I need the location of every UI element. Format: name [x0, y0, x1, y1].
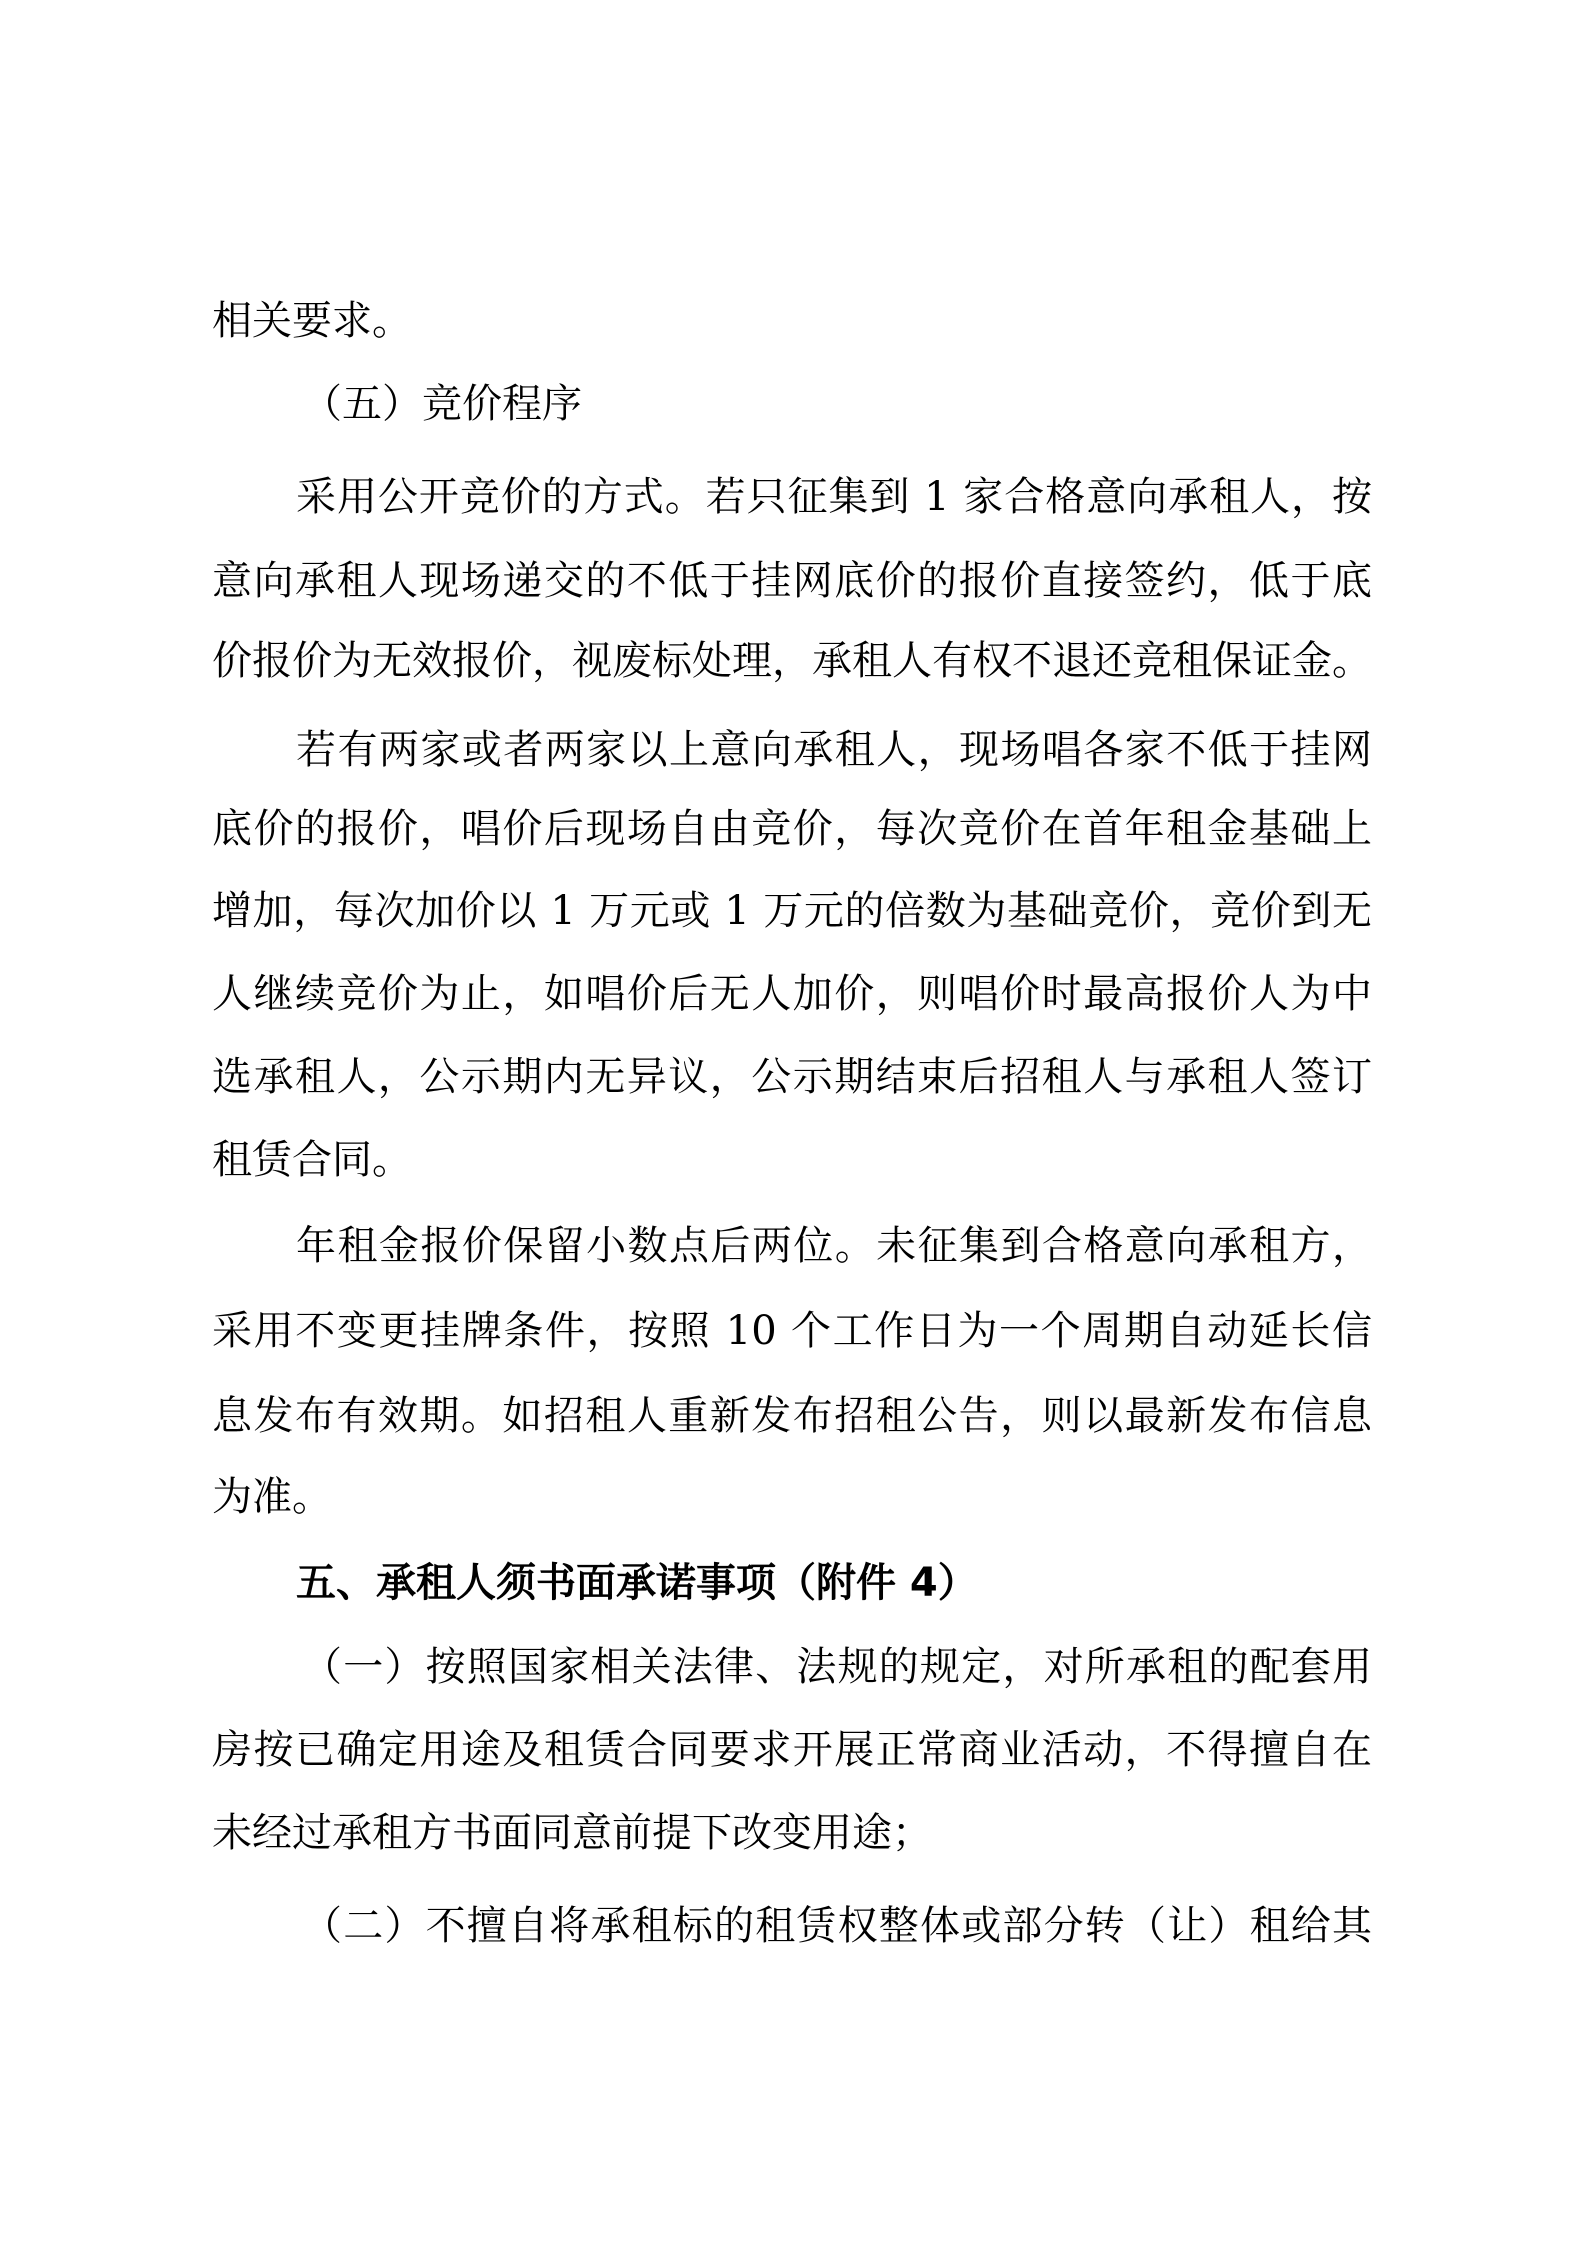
paragraph-line: 房按已确定用途及租赁合同要求开展正常商业活动，不得擅自在 [212, 1725, 1372, 1775]
paragraph-line: 年租金报价保留小数点后两位。未征集到合格意向承租方， [296, 1221, 1372, 1271]
paragraph-line: 价报价为无效报价，视废标处理，承租人有权不退还竞租保证金。 [212, 636, 1372, 686]
paragraph-line: 人继续竞价为止，如唱价后无人加价，则唱价时最高报价人为中 [212, 969, 1372, 1019]
paragraph-line: 增加，每次加价以 1 万元或 1 万元的倍数为基础竞价，竞价到无 [212, 886, 1372, 936]
paragraph-line: 采用不变更挂牌条件，按照 10 个工作日为一个周期自动延长信 [212, 1306, 1372, 1356]
paragraph-line: 息发布有效期。如招租人重新发布招租公告，则以最新发布信息 [212, 1391, 1372, 1441]
document-page: 相关要求。 （五）竞价程序 采用公开竞价的方式。若只征集到 1 家合格意向承租人… [0, 0, 1587, 2245]
paragraph-line: 租赁合同。 [212, 1135, 1372, 1185]
paragraph-line: 采用公开竞价的方式。若只征集到 1 家合格意向承租人，按 [296, 472, 1372, 522]
text-line-continuation: 相关要求。 [212, 296, 1372, 346]
section-heading-commitments: 五、承租人须书面承诺事项（附件 4） [296, 1558, 1372, 1608]
paragraph-line: （二）不擅自将承租标的租赁权整体或部分转（让）租给其 [302, 1901, 1372, 1951]
paragraph-line: 意向承租人现场递交的不低于挂网底价的报价直接签约，低于底 [212, 556, 1372, 606]
paragraph-line: 未经过承租方书面同意前提下改变用途； [212, 1808, 1372, 1858]
paragraph-line: （一）按照国家相关法律、法规的规定，对所承租的配套用 [302, 1642, 1372, 1692]
paragraph-line: 底价的报价，唱价后现场自由竞价，每次竞价在首年租金基础上 [212, 804, 1372, 854]
subheading-bidding-procedure: （五）竞价程序 [302, 379, 1372, 429]
paragraph-line: 若有两家或者两家以上意向承租人，现场唱各家不低于挂网 [296, 725, 1372, 775]
paragraph-line: 为准。 [212, 1472, 1372, 1522]
paragraph-line: 选承租人，公示期内无异议，公示期结束后招租人与承租人签订 [212, 1052, 1372, 1102]
